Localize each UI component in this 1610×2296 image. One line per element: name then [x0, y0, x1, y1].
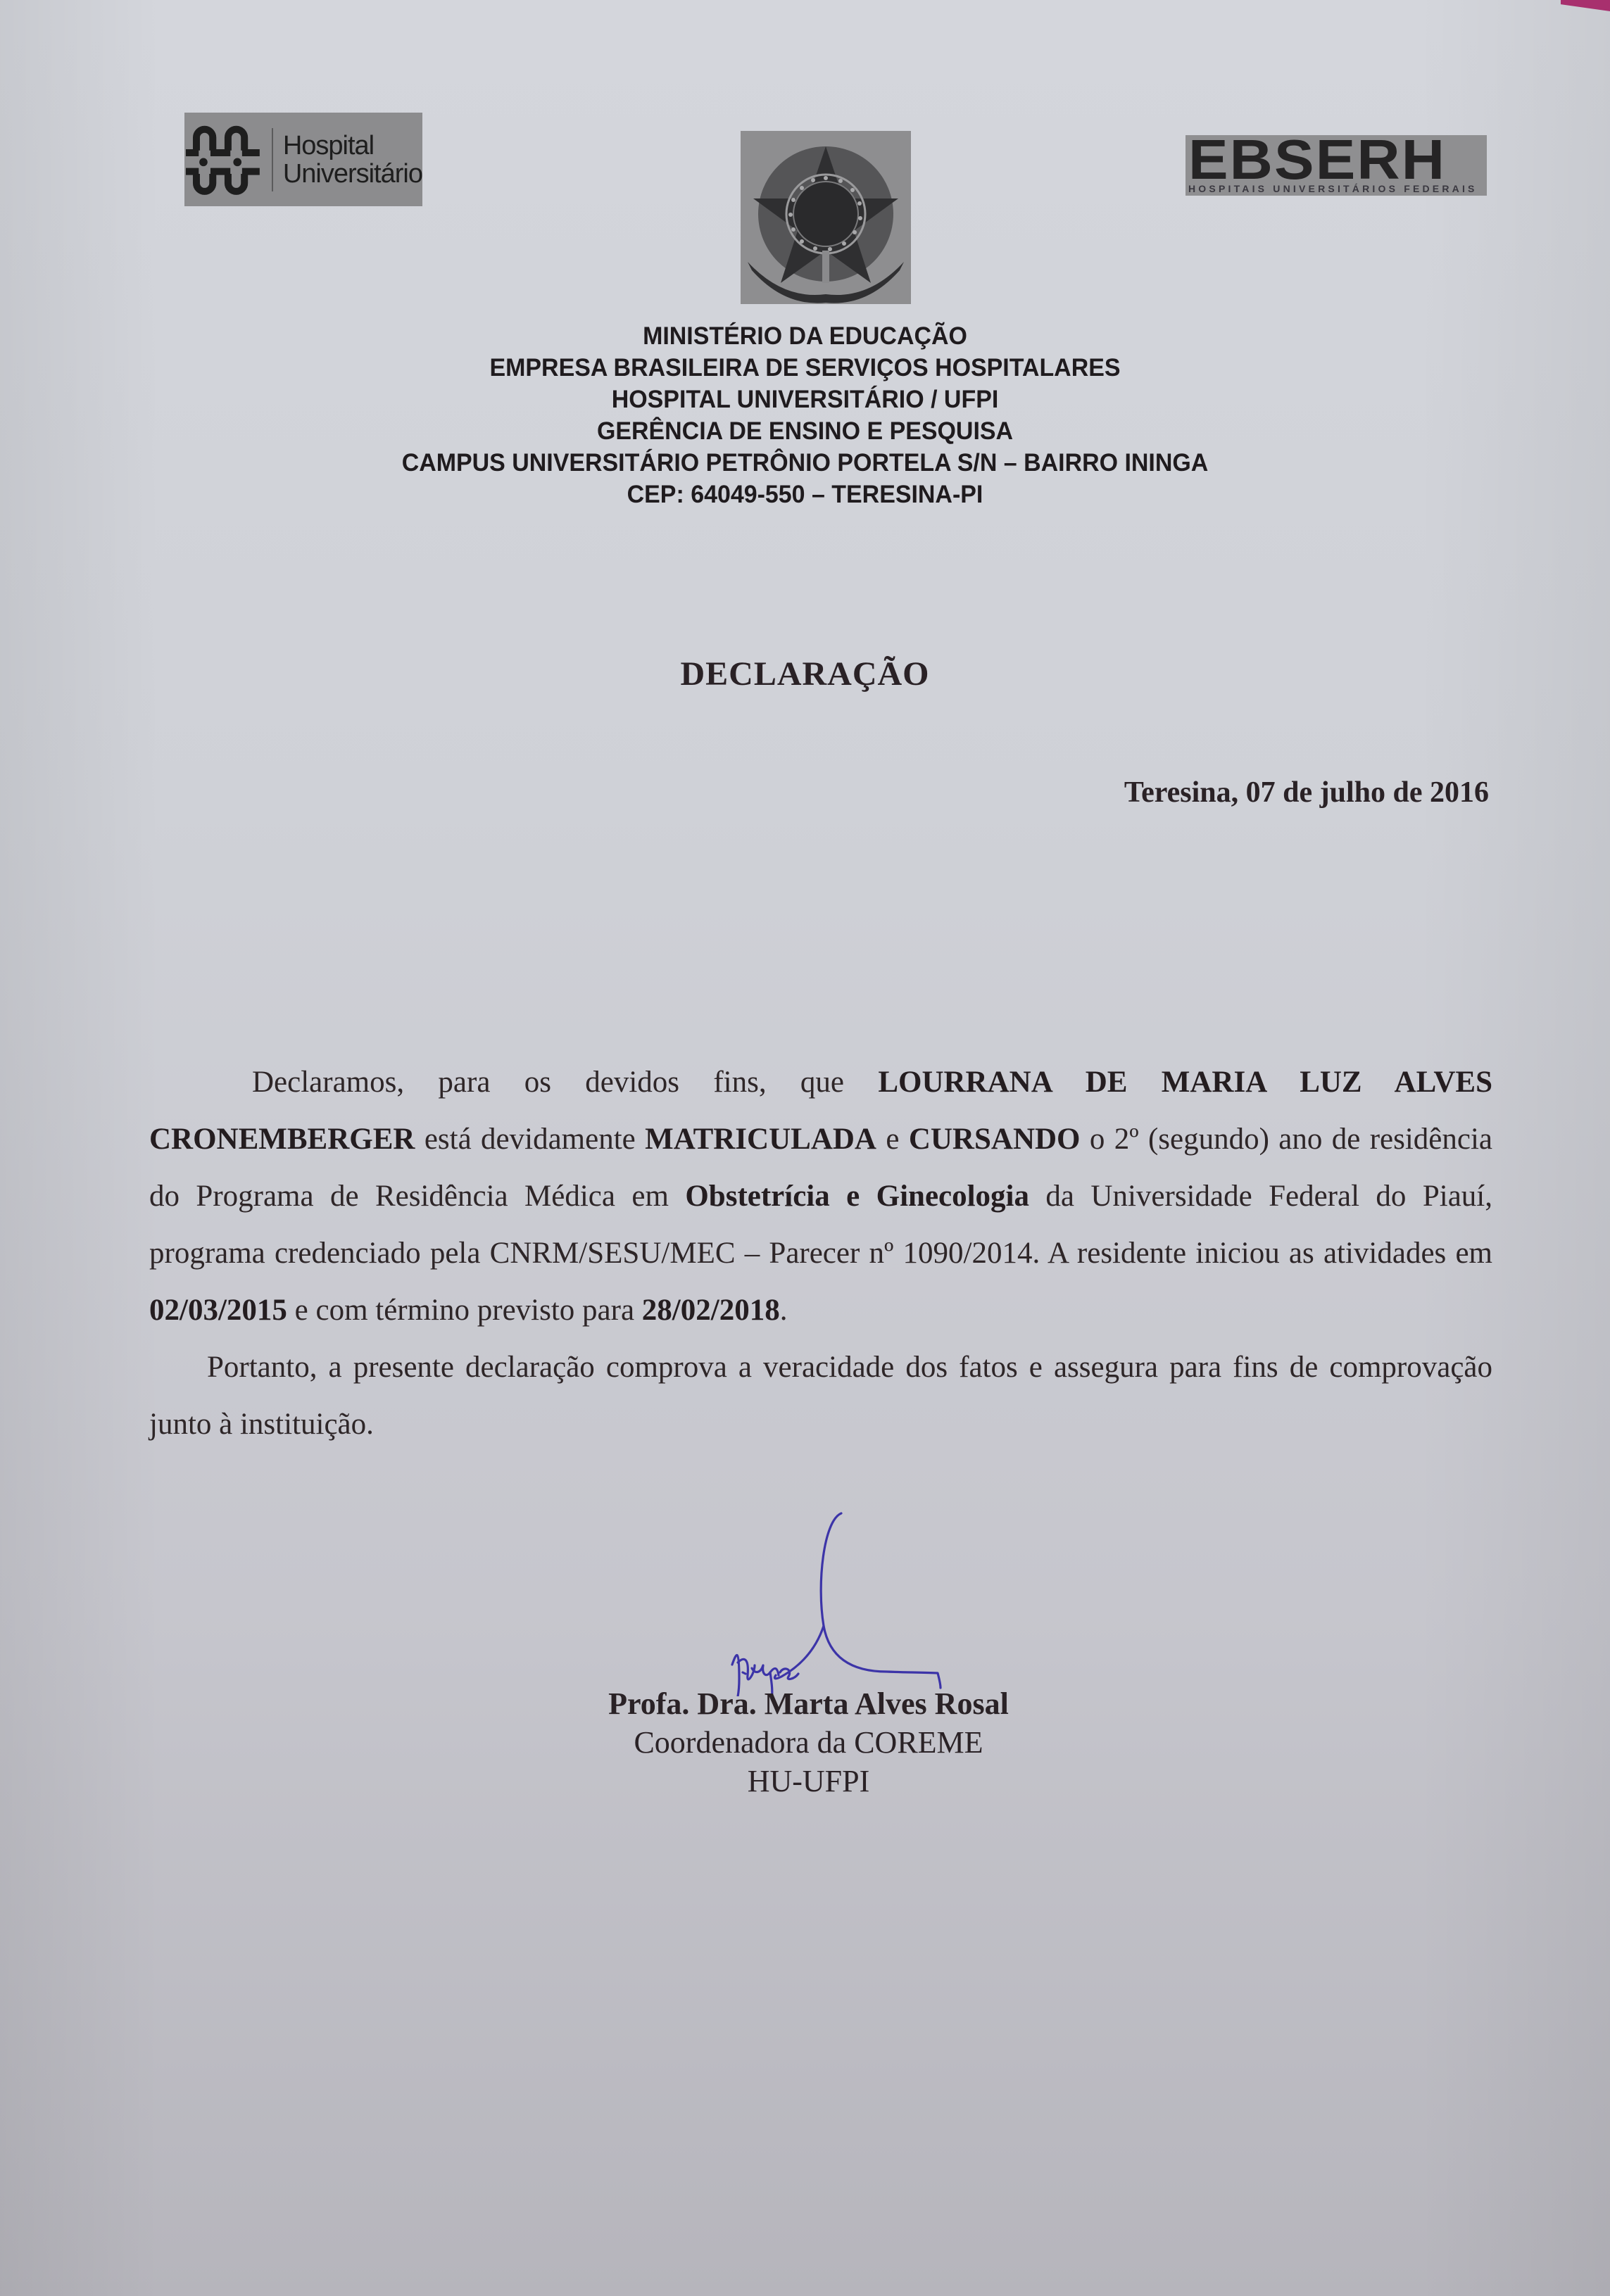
start-date: 02/03/2015: [149, 1294, 287, 1327]
attendance-status: CURSANDO: [909, 1123, 1081, 1156]
header-line-postal-code: CEP: 64049-550 – TERESINA-PI: [24, 479, 1585, 510]
background-fabric-corner: [1561, 0, 1610, 11]
document-title: DECLARAÇÃO: [0, 655, 1610, 693]
enrollment-status: MATRICULADA: [645, 1123, 876, 1156]
header-line-department: GERÊNCIA DE ENSINO E PESQUISA: [24, 415, 1585, 447]
logo-line2: Universitário: [283, 160, 422, 188]
handwritten-signature-icon: [711, 1506, 993, 1696]
end-date: 28/02/2018: [642, 1294, 780, 1327]
hospital-universitario-logo-icon: [186, 118, 262, 202]
header-line-address: CAMPUS UNIVERSITÁRIO PETRÔNIO PORTELA S/…: [24, 447, 1585, 479]
document-date: Teresina, 07 de julho de 2016: [1124, 776, 1489, 809]
declaration-paragraph-2: Portanto, a presente declaração comprova…: [149, 1339, 1492, 1453]
text-segment: e com término previsto para: [287, 1294, 642, 1327]
ebserh-logo-tagline: HOSPITAIS UNIVERSITÁRIOS FEDERAIS: [1188, 183, 1478, 194]
signatory-unit: HU-UFPI: [7, 1762, 1610, 1800]
signatory-name: Profa. Dra. Marta Alves Rosal: [7, 1684, 1610, 1723]
logo-divider: [272, 128, 273, 191]
institution-header: MINISTÉRIO DA EDUCAÇÃO EMPRESA BRASILEIR…: [0, 320, 1610, 510]
signatory-block: Profa. Dra. Marta Alves Rosal Coordenado…: [0, 1684, 1610, 1800]
hospital-universitario-logo-text: Hospital Universitário: [283, 132, 422, 188]
header-line-hospital: HOSPITAL UNIVERSITÁRIO / UFPI: [24, 384, 1585, 415]
hospital-universitario-logo: Hospital Universitário: [184, 113, 422, 206]
signatory-role: Coordenadora da COREME: [7, 1723, 1610, 1762]
text-segment: e: [876, 1123, 909, 1156]
ebserh-logo-name: EBSERH: [1188, 135, 1446, 184]
text-segment: está devidamente: [415, 1123, 645, 1156]
declaration-body: Declaramos, para os devidos fins, que LO…: [149, 1054, 1492, 1453]
residency-specialty: Obstetrícia e Ginecologia: [685, 1180, 1029, 1213]
brazil-coat-of-arms-icon: [741, 131, 911, 304]
ebserh-logo: EBSERH HOSPITAIS UNIVERSITÁRIOS FEDERAIS: [1186, 135, 1487, 196]
text-segment: Declaramos, para os devidos fins, que: [252, 1066, 878, 1099]
header-line-company: EMPRESA BRASILEIRA DE SERVIÇOS HOSPITALA…: [24, 352, 1585, 384]
text-segment: .: [780, 1294, 788, 1327]
declaration-paragraph-1: Declaramos, para os devidos fins, que LO…: [149, 1054, 1492, 1339]
logo-line1: Hospital: [283, 132, 422, 160]
header-line-ministry: MINISTÉRIO DA EDUCAÇÃO: [24, 320, 1585, 352]
